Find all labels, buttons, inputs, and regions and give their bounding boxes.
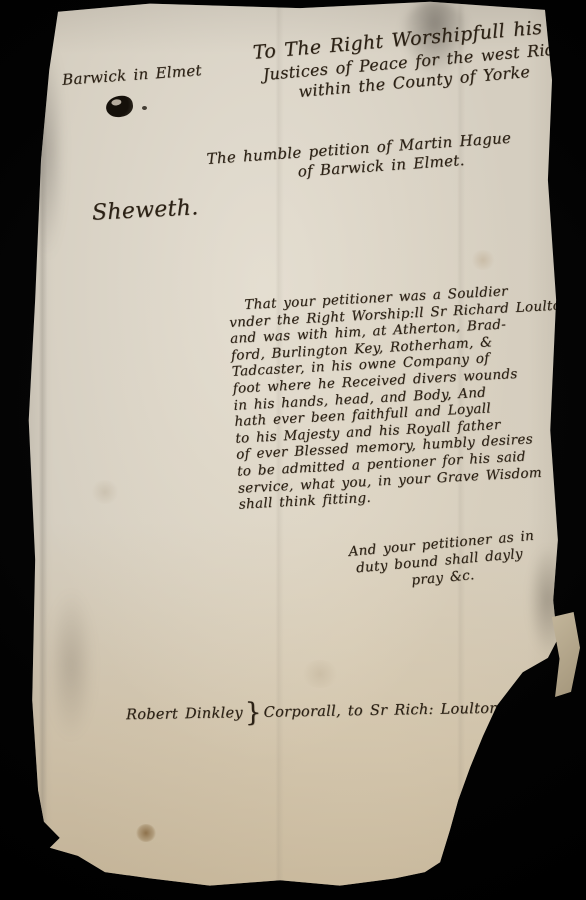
ink-dot [142,106,147,110]
petition-body-paragraph: That your petitioner was a Souldier vnde… [228,280,574,513]
brown-stain-spot [136,824,156,842]
endorsement-line: Robert Dinkley}Corporall, to Sr Rich: Lo… [126,694,499,731]
salutation-sheweth: Sheweth. [91,195,199,226]
endorsement-rest: Corporall, to Sr Rich: Loulton [264,701,499,721]
endorsement-name: Robert Dinkley [126,705,243,723]
manuscript-paper-sheet: Barwick in Elmet To The Right Worshipful… [0,0,586,900]
petition-title: The humble petition of Martin Hague of B… [206,125,568,187]
shading-left-edge [30,40,64,260]
foxing-spot [470,250,496,270]
petition-address-heading: To The Right Worshipfull his Maties Just… [252,14,576,105]
place-annotation: Barwick in Elmet [62,61,203,89]
scanned-document-stage: Barwick in Elmet To The Right Worshipful… [0,0,586,900]
petition-closing-prayer: And your petitioner as in duty bound sha… [348,525,572,595]
ink-blot [105,94,135,119]
shading-lower-left [48,590,94,740]
foxing-spot [90,480,120,504]
foxing-spot [300,660,340,688]
brace-glyph: } [245,698,262,728]
